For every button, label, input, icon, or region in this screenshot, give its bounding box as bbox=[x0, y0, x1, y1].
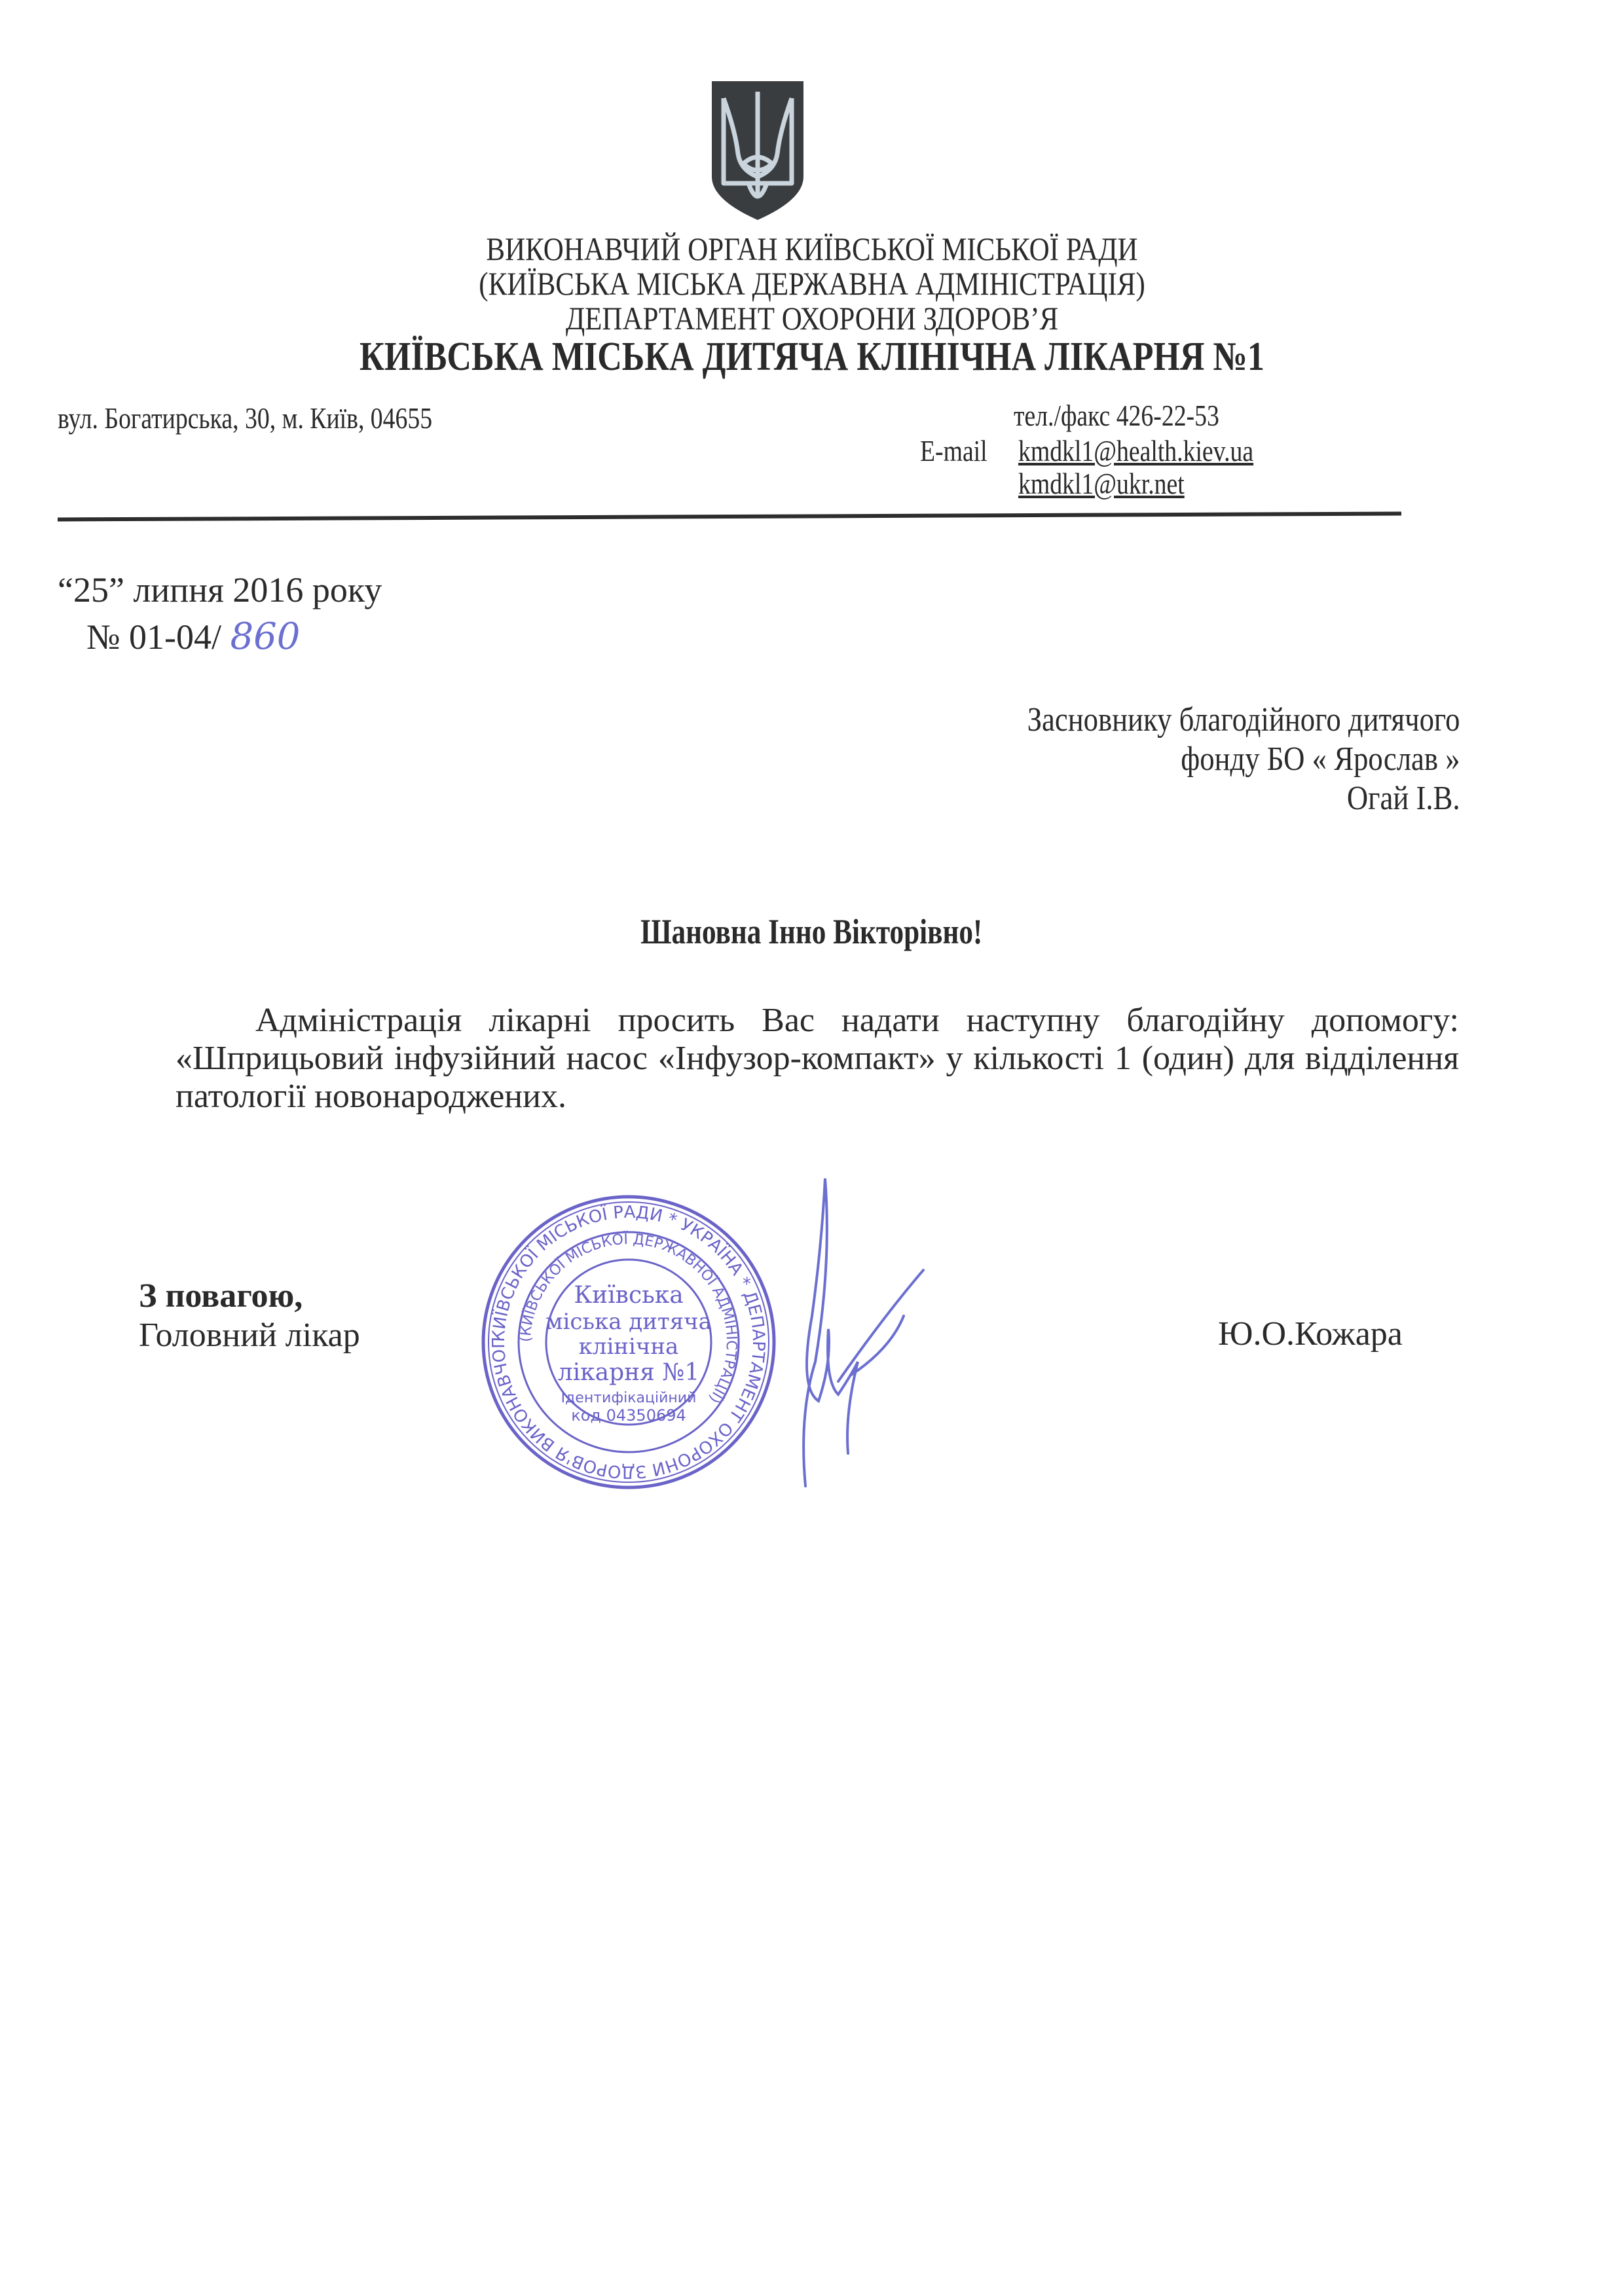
signer-name: Ю.О.Кожара bbox=[1218, 1315, 1403, 1353]
letterhead-divider bbox=[58, 512, 1401, 522]
letter-number-prefix: № 01-04/ bbox=[86, 617, 221, 657]
salutation: Шановна Інно Вікторівно! bbox=[162, 911, 1461, 952]
recipient-line-2: фонду БО « Ярослав » bbox=[1027, 740, 1460, 779]
letter-number-handwritten: 860 bbox=[231, 615, 301, 658]
stamp-id-label: Ідентифікаційний bbox=[561, 1390, 697, 1406]
letter-body: Адміністрація лікарні просить Вас надати… bbox=[175, 1002, 1459, 1116]
email-link-health[interactable]: kmdkl1@health.kiev.ua bbox=[1018, 433, 1253, 468]
header-line-administration: (КИЇВСЬКА МІСЬКА ДЕРЖАВНА АДМІНІСТРАЦІЯ) bbox=[114, 265, 1511, 302]
recipient-line-1: Засновнику благодійного дитячого bbox=[1027, 701, 1460, 740]
hospital-name: КИЇВСЬКА МІСЬКА ДИТЯЧА КЛІНІЧНА ЛІКАРНЯ … bbox=[130, 334, 1494, 380]
stamp-center-1: Київська bbox=[574, 1282, 683, 1309]
header-line-executive-body: ВИКОНАВЧИЙ ОРГАН КИЇВСЬКОЇ МІСЬКОЇ РАДИ bbox=[114, 230, 1511, 267]
phone-fax: тел./факс 426-22-53 bbox=[1014, 398, 1219, 433]
stamp-center-3: клінічна bbox=[579, 1334, 679, 1360]
email-link-ukrnet[interactable]: kmdkl1@ukr.net bbox=[1018, 466, 1185, 501]
official-stamp: КИЇВСЬКОЇ МІСЬКОЇ РАДИ * УКРАЇНА * ДЕПАР… bbox=[478, 1192, 779, 1493]
letter-date: “25” липня 2016 року bbox=[58, 570, 382, 610]
stamp-id-code: код 04350694 bbox=[571, 1406, 686, 1425]
stamp-center-4: лікарня №1 bbox=[558, 1359, 700, 1386]
letter-number: № 01-04/ 860 bbox=[86, 615, 300, 658]
signer-position: Головний лікар bbox=[139, 1316, 360, 1355]
tryzub-coat-of-arms-icon bbox=[709, 79, 806, 223]
stamp-center-2: міська дитяча bbox=[545, 1309, 712, 1335]
recipient-line-3: Огай І.В. bbox=[1027, 779, 1460, 818]
recipient-block: Засновнику благодійного дитячого фонду Б… bbox=[1027, 701, 1460, 818]
closing-regards: З повагою, bbox=[139, 1277, 303, 1315]
handwritten-signature bbox=[753, 1165, 963, 1493]
email-label: E-mail bbox=[920, 433, 987, 468]
address: вул. Богатирська, 30, м. Київ, 04655 bbox=[58, 401, 432, 435]
header-line-department: ДЕПАРТАМЕНТ ОХОРОНИ ЗДОРОВ’Я bbox=[114, 300, 1511, 337]
